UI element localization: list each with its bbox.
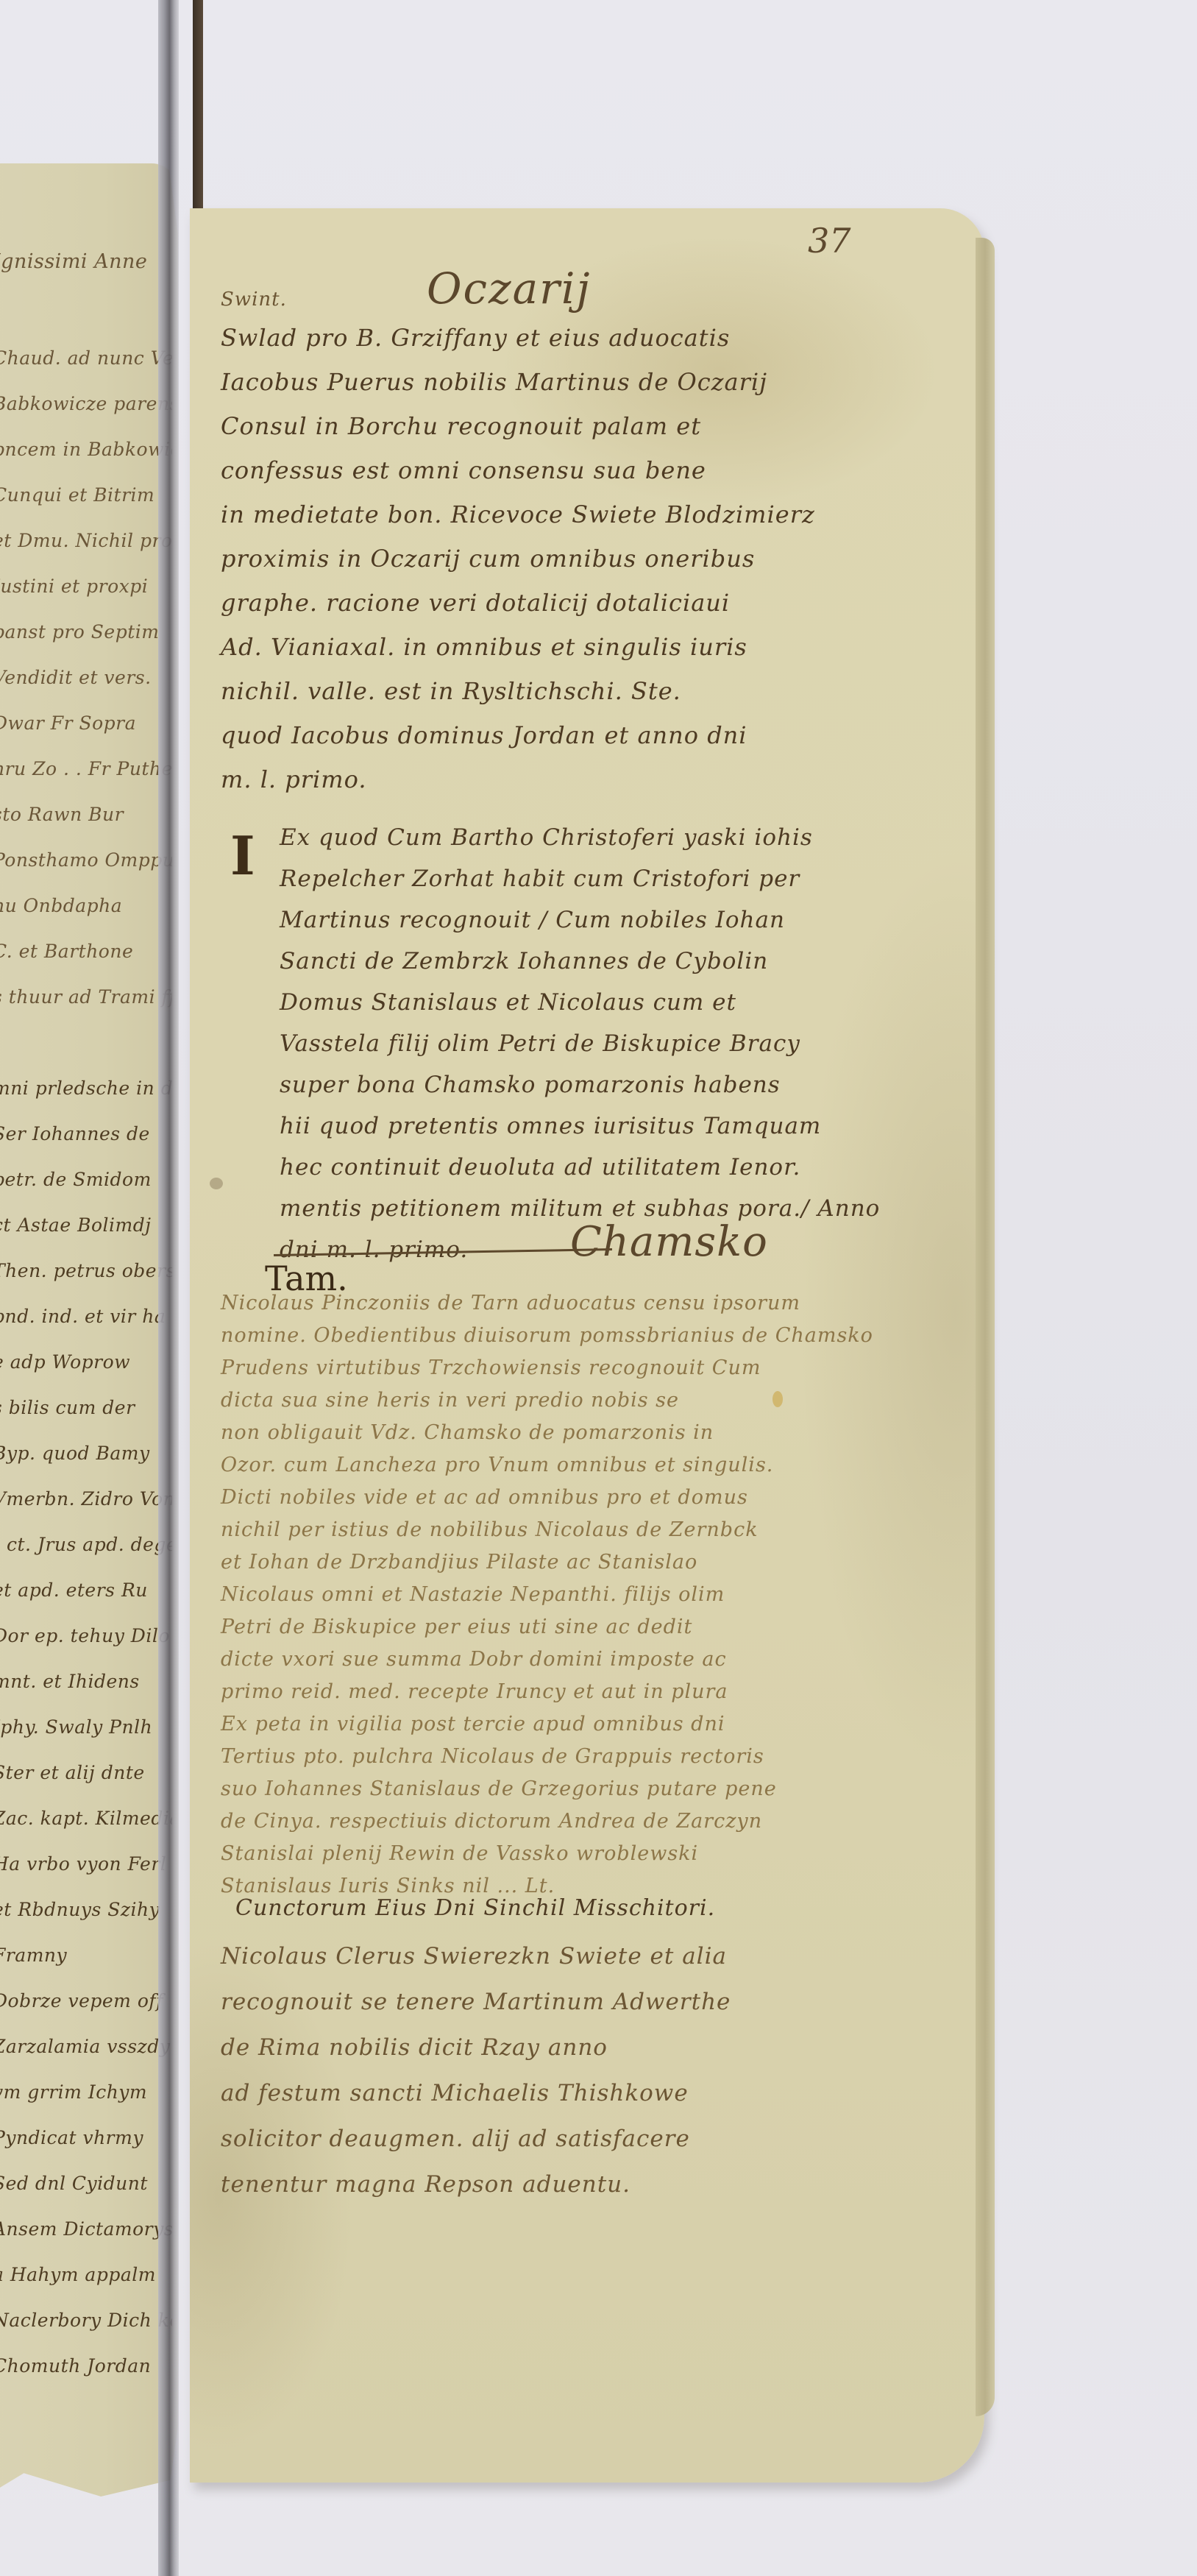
manuscript-line: Swlad pro B. Grziffany et eius aduocatis: [221, 324, 730, 352]
ink-stain: [210, 1178, 223, 1189]
left-page-line: vm grrim Ichym: [0, 2081, 172, 2103]
left-page-line: Iphy. Swaly Pnlh: [0, 1716, 172, 1738]
left-page-line: Babkowicze parens: [0, 393, 172, 414]
manuscript-line: Ozor. cum Lancheza pro Vnum omnibus et s…: [221, 1454, 773, 1476]
left-page-line: t ct. Jrus apd. deger: [0, 1534, 172, 1555]
margin-note: Swint.: [221, 289, 287, 311]
left-page-line: Byp. quod Bamy: [0, 1443, 172, 1464]
left-page-line: Framny: [0, 1945, 172, 1966]
left-page-line: pnd. ind. et vir ha: [0, 1306, 172, 1327]
left-page-line: et Rbdnuys Szihy: [0, 1899, 172, 1920]
left-page-line: Cunqui et Bitrim: [0, 484, 172, 506]
manuscript-line: Stanislaus Iuris Sinks nil ... Lt.: [221, 1875, 555, 1897]
manuscript-line: confessus est omni consensu sua bene: [221, 456, 706, 484]
manuscript-line: Martinus recognouit / Cum nobiles Iohan: [280, 907, 785, 933]
left-page-line: Vmerbn. Zidro Vom: [0, 1488, 172, 1510]
manuscript-line: Ad. Vianiaxal. in omnibus et singulis iu…: [221, 633, 747, 661]
manuscript-line: et Iohan de Drzbandjius Pilaste ac Stani…: [221, 1551, 697, 1574]
manuscript-line: super bona Chamsko pomarzonis habens: [280, 1072, 781, 1098]
left-page-line: panst pro Septim: [0, 621, 172, 643]
manuscript-line: Prudens virtutibus Trzchowiensis recogno…: [221, 1356, 761, 1379]
left-page-line: et Dmu. Nichil pro: [0, 530, 172, 551]
left-page-header: Ignissimi Anne: [0, 250, 172, 273]
manuscript-line: Vasstela filij olim Petri de Biskupice B…: [280, 1030, 800, 1057]
left-page-line: e adp Woprow: [0, 1351, 172, 1373]
manuscript-line: graphe. racione veri dotalicij dotalicia…: [221, 589, 730, 617]
manuscript-line: suo Iohannes Stanislaus de Grzegorius pu…: [221, 1777, 777, 1800]
manuscript-line: Consul in Borchu recognouit palam et: [221, 412, 701, 440]
entry-closing-line: Cunctorum Eius Dni Sinchil Misschitori.: [235, 1895, 715, 1921]
left-page-line: mni prledsche in de: [0, 1078, 172, 1099]
left-page-line: Then. petrus oberstl: [0, 1260, 172, 1281]
left-page-line: pncem in Babkowicz: [0, 439, 172, 460]
manuscript-line: nichil. valle. est in Rysltichschi. Ste.: [221, 677, 681, 705]
manuscript-line: Ex quod Cum Bartho Christoferi yaski ioh…: [280, 824, 813, 851]
left-page-line: Chomuth Jordan: [0, 2355, 172, 2377]
manuscript-line: nomine. Obedientibus diuisorum pomssbria…: [221, 1324, 873, 1347]
manuscript-line: non obligauit Vdz. Chamsko de pomarzonis…: [221, 1421, 714, 1444]
left-page-line: Ster et alij dnte: [0, 1762, 172, 1783]
left-page-line: et apd. eters Ru: [0, 1579, 172, 1601]
left-page-line: nru Zo . . Fr Puthe: [0, 758, 172, 779]
left-page-line: Iustini et proxpi: [0, 576, 172, 597]
manuscript-line: Stanislai plenij Rewin de Vassko wroblew…: [221, 1842, 698, 1865]
manuscript-line: dicte vxori sue summa Dobr domini impost…: [221, 1648, 727, 1671]
place-heading-top: Oczarij: [427, 263, 591, 314]
left-page-line: Pyndicat vhrmy: [0, 2127, 172, 2148]
manuscript-line: nichil per istius de nobilibus Nicolaus …: [221, 1518, 759, 1541]
left-page-line: Sed dnl Cyidunt: [0, 2173, 172, 2194]
left-page-line: Ser Iohannes de: [0, 1123, 172, 1144]
manuscript-line: Petri de Biskupice per eius uti sine ac …: [221, 1616, 692, 1638]
manuscript-line: m. l. primo.: [221, 765, 367, 793]
left-page-line: Vendidit et vers.: [0, 667, 172, 688]
left-page-line: nu Onbdapha: [0, 895, 172, 916]
manuscript-line: Nicolaus omni et Nastazie Nepanthi. fili…: [221, 1583, 725, 1606]
manuscript-line: Tertius pto. pulchra Nicolaus de Grappui…: [221, 1745, 764, 1768]
manuscript-line: Dicti nobiles vide et ac ad omnibus pro …: [221, 1486, 748, 1509]
manuscript-line: in medietate bon. Ricevoce Swiete Blodzi…: [221, 500, 815, 528]
manuscript-line: Nicolaus Pinczoniis de Tarn aduocatus ce…: [221, 1292, 800, 1314]
manuscript-line: hii quod pretentis omnes iurisitus Tamqu…: [280, 1113, 821, 1139]
manuscript-line: mentis petitionem militum et subhas pora…: [280, 1195, 880, 1222]
manuscript-line: Sancti de Zembrzk Iohannes de Cybolin: [280, 948, 768, 974]
left-page-line: a Hahym appalm: [0, 2264, 172, 2285]
ink-stain: [772, 1391, 783, 1407]
manuscript-line: de Cinya. respectiuis dictorum Andrea de…: [221, 1810, 762, 1833]
manuscript-line: Ex peta in vigilia post tercie apud omni…: [221, 1713, 725, 1735]
left-page-line: Dobrze vepem off: [0, 1990, 172, 2011]
manuscript-line: Iacobus Puerus nobilis Martinus de Oczar…: [221, 368, 767, 396]
left-page-line: Zac. kapt. Kilmedia: [0, 1808, 172, 1829]
manuscript-line: ad festum sancti Michaelis Thishkowe: [221, 2080, 689, 2106]
left-page-line: C. et Barthone: [0, 941, 172, 962]
manuscript-line: Nicolaus Clerus Swierezkn Swiete et alia: [221, 1943, 727, 1970]
gutter-glass-rail: [158, 0, 179, 2576]
left-page-line: ct Astae Bolimdj: [0, 1214, 172, 1236]
manuscript-line: primo reid. med. recepte Iruncy et aut i…: [221, 1680, 728, 1703]
manuscript-line: recognouit se tenere Martinum Adwerthe: [221, 1989, 731, 2015]
left-page-line: Ponsthamo Omppu: [0, 849, 172, 871]
left-page-line: Chaud. ad nunc Veni: [0, 347, 172, 369]
left-page-line: Ansem Dictamorys: [0, 2218, 172, 2240]
left-page-line: Naclerbory Dich ko: [0, 2310, 172, 2331]
left-page-line: s thuur ad Trami ffs: [0, 986, 172, 1008]
left-facing-page: Ignissimi Anne Chaud. ad nunc VeniBabkow…: [0, 163, 178, 2497]
left-page-line: Ha vrbo vyon Ferl: [0, 1853, 172, 1875]
manuscript-line: tenentur magna Repson aduentu.: [221, 2171, 631, 2198]
manuscript-line: dicta sua sine heris in veri predio nobi…: [221, 1389, 679, 1412]
page-edge-layers: [976, 238, 995, 2416]
gutter-shadow: [193, 0, 203, 243]
left-page-line: Dwar Fr Sopra: [0, 712, 172, 734]
left-page-line: s bilis cum der: [0, 1397, 172, 1418]
left-page-line: petr. de Smidom: [0, 1169, 172, 1190]
folio-number: 37: [808, 221, 851, 261]
manuscript-line: solicitor deaugmen. alij ad satisfacere: [221, 2126, 690, 2152]
left-page-line: Dor ep. tehuy Dilo: [0, 1625, 172, 1646]
place-heading-middle: Chamsko: [570, 1218, 768, 1266]
left-page-line: Zarzalamia vsszdy: [0, 2036, 172, 2057]
manuscript-line: proximis in Oczarij cum omnibus oneribus: [221, 545, 755, 573]
left-page-line: mnt. et Ihidens: [0, 1671, 172, 1692]
manuscript-line: hec continuit deuoluta ad utilitatem Ien…: [280, 1154, 800, 1181]
manuscript-line: de Rima nobilis dicit Rzay anno: [221, 2034, 608, 2061]
manuscript-line: quod Iacobus dominus Jordan et anno dni: [221, 721, 747, 749]
left-page-line: sto Rawn Bur: [0, 804, 172, 825]
manuscript-line: Repelcher Zorhat habit cum Cristofori pe…: [280, 866, 800, 892]
entry-initial: I: [230, 824, 255, 887]
manuscript-line: Domus Stanislaus et Nicolaus cum et: [280, 989, 736, 1016]
